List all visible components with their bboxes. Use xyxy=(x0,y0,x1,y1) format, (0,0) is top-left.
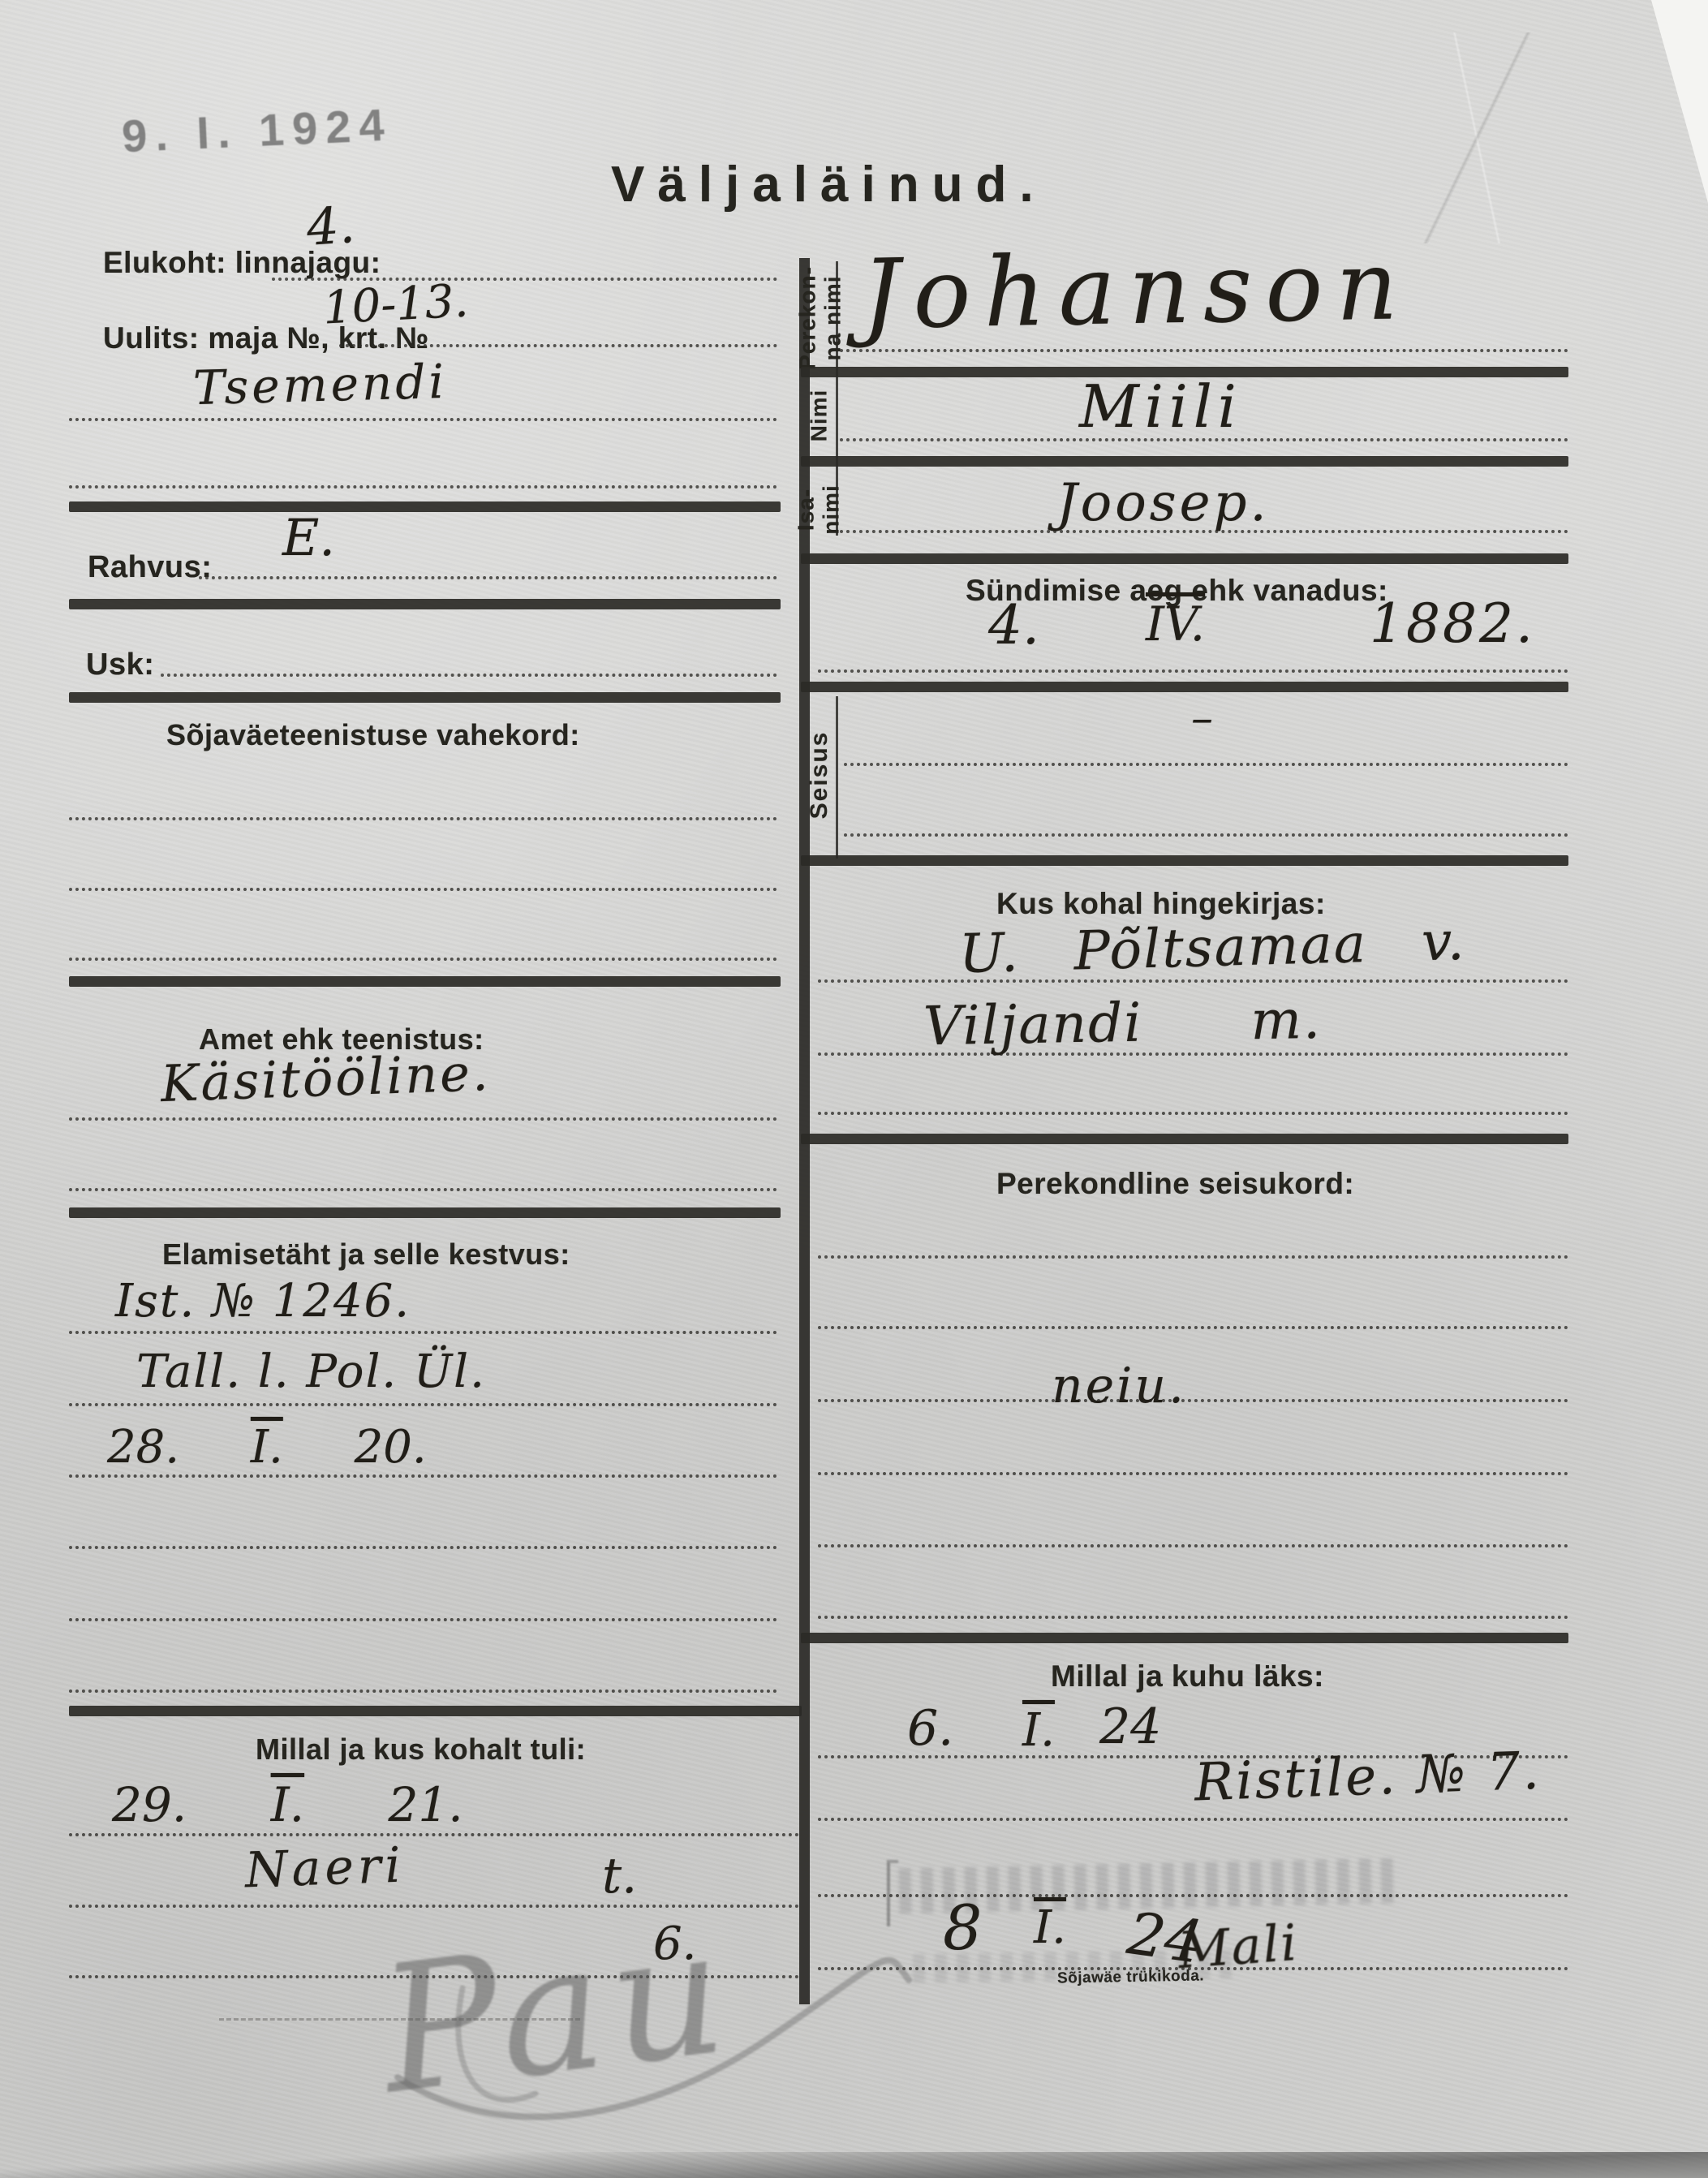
dotted-line xyxy=(818,1818,1568,1821)
arrival-month: I. xyxy=(271,1777,304,1832)
scanned-form-valjalainud: Väljaläinud. 9. I. 1924 4. Elukoht: linn… xyxy=(0,0,1708,2178)
dotted-line xyxy=(69,1833,799,1836)
dotted-line xyxy=(161,674,777,677)
note-day-handwritten: 8 xyxy=(943,1897,982,1959)
dotted-line xyxy=(69,418,777,421)
rule-bar xyxy=(801,1134,1568,1144)
rule-bar xyxy=(69,599,781,609)
arrival-street-handwritten: Naeri xyxy=(244,1841,406,1896)
dotted-line xyxy=(69,888,777,891)
military-service-label: Sõjaväeteenistuse vahekord: xyxy=(166,718,580,752)
surname-label-vertical: Perekon- na nimi xyxy=(795,266,846,370)
permit-number-handwritten: Ist. № 1246. xyxy=(115,1279,411,1324)
paper-crease xyxy=(1258,32,1696,243)
dotted-line xyxy=(818,1326,1568,1329)
dotted-line xyxy=(818,1255,1568,1259)
departure-place-handwritten: Ristile. № 7. xyxy=(1194,1745,1542,1810)
arrival-year: 21. xyxy=(388,1777,462,1832)
birth-month-handwritten: IV. xyxy=(1146,600,1205,648)
clerk-signature-handwritten: Mali xyxy=(1177,1918,1300,1976)
departure-year-handwritten: 24 xyxy=(1099,1702,1161,1751)
registry-line2-handwritten: Viljandi m. xyxy=(923,993,1322,1054)
dotted-line xyxy=(818,979,1568,983)
date-stamp: 9. I. 1924 xyxy=(121,98,394,162)
dotted-line xyxy=(818,1399,1568,1402)
dotted-line xyxy=(844,833,1568,837)
rule-bar xyxy=(69,976,781,987)
rule-bar xyxy=(69,692,781,703)
arrival-day: 29. xyxy=(112,1777,187,1832)
departure-day-handwritten: 6. xyxy=(907,1704,953,1753)
rule-bar xyxy=(801,1633,1568,1643)
family-status-value-handwritten: neiu. xyxy=(1052,1362,1186,1410)
rule-bar xyxy=(801,553,1568,564)
patronymic-value-handwritten: Joosep. xyxy=(1056,477,1270,529)
district-value-handwritten: 4. xyxy=(305,200,356,253)
pencil-signature-flourish xyxy=(349,1891,933,2159)
dotted-line xyxy=(199,576,777,579)
street-number-handwritten: 10-13. xyxy=(322,278,470,331)
rule-bar xyxy=(801,855,1568,866)
status-label-vertical: Seisus xyxy=(806,731,833,820)
dotted-line xyxy=(818,1544,1568,1547)
nationality-value-handwritten: E. xyxy=(282,513,335,563)
permit-issuer-handwritten: Tall. l. Pol. Ül. xyxy=(136,1349,486,1395)
residence-permit-label: Elamisetäht ja selle kestvus: xyxy=(162,1237,570,1272)
family-status-label: Perekondline seisukord: xyxy=(996,1167,1354,1201)
label-separator-line xyxy=(836,696,838,859)
dotted-line xyxy=(69,817,777,820)
dotted-line xyxy=(840,349,1568,352)
registry-line1-handwritten: U. Põltsamaa v. xyxy=(958,915,1466,981)
rule-bar xyxy=(801,456,1568,467)
birth-year-handwritten: 1882. xyxy=(1370,597,1535,651)
permit-year: 20. xyxy=(355,1421,427,1474)
rule-bar xyxy=(69,501,781,512)
rule-bar xyxy=(69,1706,802,1716)
dotted-line xyxy=(69,1689,777,1693)
dotted-line xyxy=(69,1618,777,1621)
firstname-label-vertical: Nimi xyxy=(806,390,831,442)
dotted-line xyxy=(69,1546,777,1549)
street-name-handwritten: Tsemendi xyxy=(192,358,447,411)
dotted-line xyxy=(69,958,777,961)
departure-label: Millal ja kuhu läks: xyxy=(1051,1659,1324,1694)
surname-value-handwritten: Johanson xyxy=(861,237,1411,342)
firstname-value-handwritten: Miili xyxy=(1079,377,1242,436)
patronymic-label-vertical: Isa- nimi xyxy=(794,484,845,535)
dotted-line xyxy=(818,1472,1568,1475)
birth-day-handwritten: 4. xyxy=(988,599,1039,652)
arrival-label: Millal ja kus kohalt tuli: xyxy=(256,1732,586,1767)
status-mark-handwritten: – xyxy=(1191,696,1213,740)
arrival-date-handwritten: 29. I. 21. xyxy=(112,1781,463,1828)
religion-label: Usk: xyxy=(86,648,154,682)
occupation-value-handwritten: Käsitööline. xyxy=(160,1048,491,1109)
dotted-line xyxy=(69,485,777,489)
permit-month: I. xyxy=(251,1421,283,1474)
dotted-line xyxy=(339,344,777,347)
rule-bar xyxy=(69,1207,781,1218)
dotted-line xyxy=(818,1112,1568,1115)
page-title: Väljaläinud. xyxy=(611,156,1047,213)
permit-date-handwritten: 28. I. 20. xyxy=(107,1425,427,1470)
dotted-line xyxy=(69,1474,777,1478)
nationality-label: Rahvus: xyxy=(88,550,212,585)
rule-bar xyxy=(801,682,1568,692)
dotted-line xyxy=(69,1117,777,1121)
note-month-handwritten: I. xyxy=(1034,1905,1066,1951)
permit-day: 28. xyxy=(107,1421,179,1474)
dotted-line xyxy=(69,1331,777,1334)
departure-month-handwritten: I. xyxy=(1022,1708,1055,1754)
dotted-line xyxy=(69,1188,777,1191)
dotted-line xyxy=(69,1403,777,1406)
dotted-line xyxy=(844,763,1568,766)
dotted-line xyxy=(818,669,1568,673)
dotted-line xyxy=(818,1616,1568,1619)
